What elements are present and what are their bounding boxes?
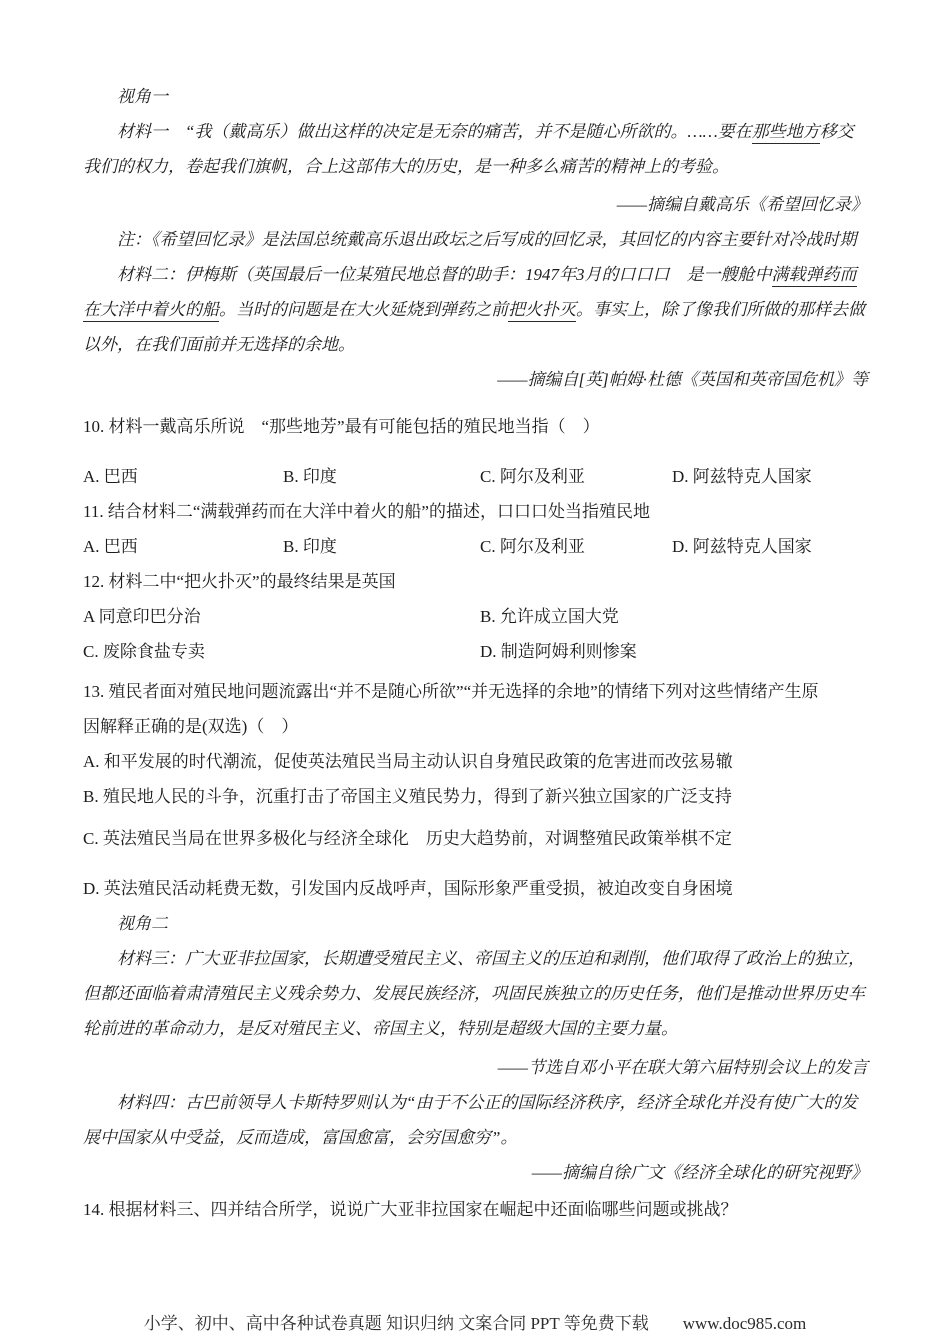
material4-line2: 展中国家从中受益，反而造成，富国愈富，会穷国愈穷”。 — [83, 1120, 868, 1155]
question-11-stem: 11. 结合材料二“满载弹药而在大洋中着火的船”的描述，口口口处当指殖民地 — [83, 494, 868, 529]
q11-option-a: A. 巴西 — [83, 529, 283, 564]
q13-option-d: D. 英法殖民活动耗费无数，引发国内反战呼声，国际形象严重受损，被迫改变自身困境 — [83, 871, 868, 906]
viewpoint2-heading: 视角二 — [83, 906, 868, 941]
material1-line2: 我们的权力，卷起我们旗帆，合上这部伟大的历史，是一种多么痛苦的精神上的考验。 — [83, 149, 868, 184]
exam-document-page: 视角一 材料一 “我（戴高乐）做出这样的决定是无奈的痛苦，并不是随心所欲的。……… — [0, 0, 950, 1344]
material1-line1-pre: 材料一 “我（戴高乐）做出这样的决定是无奈的痛苦，并不是随心所欲的。……要在 — [117, 122, 752, 141]
q10-option-a: A. 巴西 — [83, 459, 283, 494]
material2-line1-pre: 材料二：伊梅斯（英国最后一位某殖民地总督的助手：1947年3月的口口口 是一艘舱… — [117, 265, 772, 284]
material2-source: ——摘编自[英]帕姆·杜德《英国和英帝国危机》等 — [83, 362, 868, 397]
question-10-stem: 10. 材料一戴高乐所说 “那些地芳”最有可能包括的殖民地当指（ ） — [83, 409, 868, 444]
question-12-options-row1: A 同意印巴分治 B. 允许成立国大党 — [83, 599, 868, 634]
q13-option-c: C. 英法殖民当局在世界多极化与经济全球化 历史大趋势前，对调整殖民政策举棋不定 — [83, 821, 868, 856]
viewpoint1-heading: 视角一 — [83, 79, 868, 114]
material2-line1-underlined: 满载弹药而 — [772, 265, 857, 287]
q10-option-c: C. 阿尔及利亚 — [480, 459, 672, 494]
question-11-options: A. 巴西 B. 印度 C. 阿尔及利亚 D. 阿兹特克人国家 — [83, 529, 868, 564]
material4-source: ——摘编自徐广文《经济全球化的研究视野》 — [83, 1155, 868, 1190]
question-10-options: A. 巴西 B. 印度 C. 阿尔及利亚 D. 阿兹特克人国家 — [83, 459, 868, 494]
q10-option-b: B. 印度 — [283, 459, 480, 494]
q13-option-a: A. 和平发展的时代潮流，促使英法殖民当局主动认识自身殖民政策的危害进而改弦易辙 — [83, 744, 868, 779]
material1-line1-post: 移交 — [820, 122, 854, 141]
material2-line2-post: 。事实上，除了像我们所做的那样去做 — [576, 300, 865, 319]
footer-site-url[interactable]: www.doc985.com — [683, 1314, 807, 1333]
q12-option-a: A 同意印巴分治 — [83, 599, 480, 634]
material2-line2: 在大洋中着火的船。当时的问题是在大火延烧到弹药之前把火扑灭。事实上，除了像我们所… — [83, 292, 868, 327]
material1-line1-underlined: 那些地方 — [752, 122, 820, 144]
q12-option-b: B. 允许成立国大党 — [480, 599, 868, 634]
question-13-stem-line2: 因解释正确的是(双选)（ ） — [83, 709, 868, 744]
document-content: 视角一 材料一 “我（戴高乐）做出这样的决定是无奈的痛苦，并不是随心所欲的。……… — [83, 0, 868, 1227]
q11-option-c: C. 阿尔及利亚 — [480, 529, 672, 564]
question-12-stem: 12. 材料二中“把火扑灭”的最终结果是英国 — [83, 564, 868, 599]
q11-option-d: D. 阿兹特克人国家 — [672, 529, 868, 564]
material2-line2-mid: 。当时的问题是在大火延烧到弹药之前 — [219, 300, 508, 319]
material3-source: ——节选自邓小平在联大第六届特别会议上的发言 — [83, 1050, 868, 1085]
question-13-stem-line1: 13. 殖民者面对殖民地问题流露出“并不是随心所欲”“并无选择的余地”的情绪下列… — [83, 674, 868, 709]
material2-line3: 以外，在我们面前并无选择的余地。 — [83, 327, 868, 362]
footer-promo-text: 小学、初中、高中各种试卷真题 知识归纳 文案合同 PPT 等免费下载 — [144, 1314, 649, 1333]
q12-option-d: D. 制造阿姆利则惨案 — [480, 634, 868, 669]
question-14-stem: 14. 根据材料三、四并结合所学，说说广大亚非拉国家在崛起中还面临哪些问题或挑战… — [83, 1192, 868, 1227]
material1-line1: 材料一 “我（戴高乐）做出这样的决定是无奈的痛苦，并不是随心所欲的。……要在那些… — [83, 114, 868, 149]
material2-line2-underlined-2: 把火扑灭 — [508, 300, 576, 322]
material3-line2: 但都还面临着肃清殖民主义残余势力、发展民族经济，巩固民族独立的历史任务，他们是推… — [83, 976, 868, 1011]
material1-source: ——摘编自戴高乐《希望回忆录》 — [83, 187, 868, 222]
question-12-options-row2: C. 废除食盐专卖 D. 制造阿姆利则惨案 — [83, 634, 868, 669]
q11-option-b: B. 印度 — [283, 529, 480, 564]
q13-option-b: B. 殖民地人民的斗争，沉重打击了帝国主义殖民势力，得到了新兴独立国家的广泛支持 — [83, 779, 868, 814]
page-footer: 小学、初中、高中各种试卷真题 知识归纳 文案合同 PPT 等免费下载www.do… — [0, 1306, 950, 1341]
note-line: 注：《希望回忆录》是法国总统戴高乐退出政坛之后写成的回忆录，其回忆的内容主要针对… — [83, 222, 868, 257]
material3-line3: 轮前进的革命动力，是反对殖民主义、帝国主义，特别是超级大国的主要力量。 — [83, 1011, 868, 1046]
q10-option-d: D. 阿兹特克人国家 — [672, 459, 868, 494]
material3-line1: 材料三：广大亚非拉国家，长期遭受殖民主义、帝国主义的压迫和剥削，他们取得了政治上… — [83, 941, 868, 976]
q12-option-c: C. 废除食盐专卖 — [83, 634, 480, 669]
material2-line2-underlined-1: 在大洋中着火的船 — [83, 300, 219, 322]
material2-line1: 材料二：伊梅斯（英国最后一位某殖民地总督的助手：1947年3月的口口口 是一艘舱… — [83, 257, 868, 292]
material4-line1: 材料四：古巴前领导人卡斯特罗则认为“由于不公正的国际经济秩序，经济全球化并没有使… — [83, 1085, 868, 1120]
